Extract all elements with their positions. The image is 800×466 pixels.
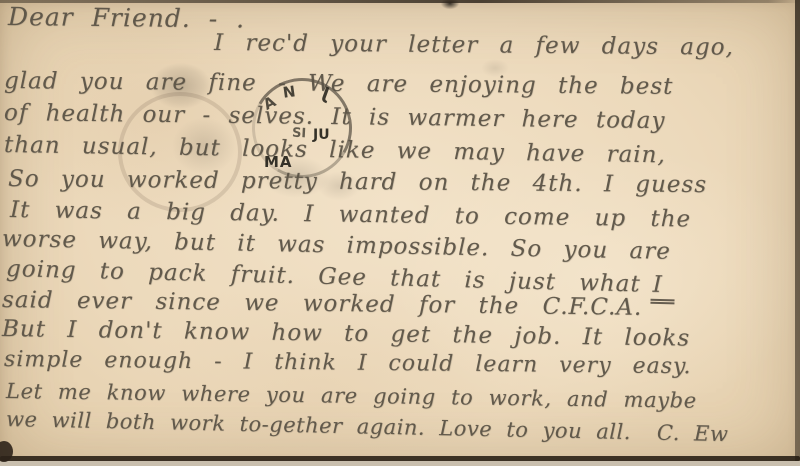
handwritten-line: It was a big day. I wanted to come up th… [10,199,691,232]
salutation: Dear Friend. - . [8,4,245,31]
handwritten-line: said ever since we worked for the C.F.C.… [2,289,643,320]
handwritten-line: we will both work to-gether again. Love … [6,409,729,445]
handwritten-line: than usual, but looks like we may have r… [4,134,666,167]
handwritten-line: Let me know where you are going to work,… [6,381,697,412]
card-edge-bottom-light [0,461,800,466]
postcard-photo: A N J SI JU MA Dear Friend. - . I rec'd … [0,0,800,466]
handwritten-line: glad you are fine - We are enjoying the … [4,70,674,99]
card-edge-top [0,0,800,3]
card-edge-right [795,0,800,466]
handwritten-line: So you worked pretty hard on the 4th. I … [8,168,707,197]
handwritten-line: But I don't know how to get the job. It … [2,318,690,351]
handwritten-line: simple enough - I think I could learn ve… [4,349,692,378]
signature: C. Ew [657,421,729,446]
handwritten-line: of health our - selves. It is warmer her… [4,102,666,133]
underlined-word: I [650,274,675,305]
handwritten-line: I rec'd your letter a few days ago, [214,32,734,60]
